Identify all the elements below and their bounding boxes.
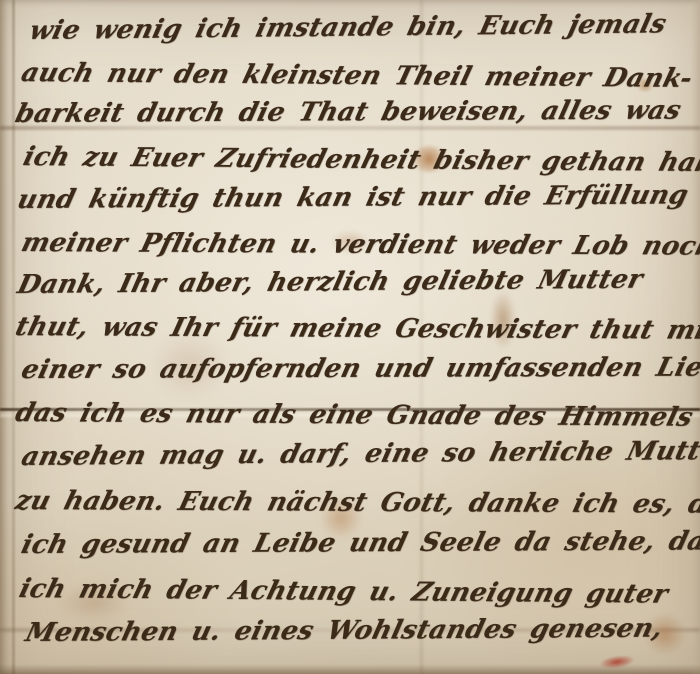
handwritten-line: Menschen u. eines Wohlstandes genesen, bbox=[22, 614, 666, 648]
handwritten-line: ich mich der Achtung u. Zuneigung guter bbox=[16, 574, 671, 610]
handwritten-line: einer so aufopfernden und umfassenden Li… bbox=[18, 352, 700, 385]
handwritten-line: Dank, Ihr aber, herzlich geliebte Mutter bbox=[14, 265, 645, 300]
letter-page: wie wenig ich imstande bin, Euch jemals … bbox=[0, 0, 700, 674]
paper-edge-bottom bbox=[0, 664, 700, 674]
paper-edge-left bbox=[0, 0, 14, 674]
handwritten-line: ich zu Euer Zufriedenheit bisher gethan … bbox=[20, 142, 700, 178]
handwritten-line: meiner Pflichten u. verdient weder Lob n… bbox=[18, 228, 700, 262]
handwritten-line: auch nur den kleinsten Theil meiner Dank… bbox=[18, 58, 695, 94]
handwritten-line: zu haben. Euch nächst Gott, danke ich es… bbox=[12, 486, 700, 520]
handwritten-line: ansehen mag u. darf, eine so herliche Mu… bbox=[18, 436, 700, 472]
handwritten-line: und künftig thun kan ist nur die Erfüllu… bbox=[14, 180, 691, 215]
handwritten-line: ich gesund an Leibe und Seele da stehe, … bbox=[18, 526, 700, 560]
handwritten-line: barkeit durch die That beweisen, alles w… bbox=[12, 96, 684, 129]
handwritten-line: thut, was Ihr für meine Geschwister thut… bbox=[12, 312, 700, 346]
handwritten-line: das ich es nur als eine Gnade des Himmel… bbox=[12, 398, 696, 433]
handwritten-line: wie wenig ich imstande bin, Euch jemals bbox=[26, 9, 669, 46]
